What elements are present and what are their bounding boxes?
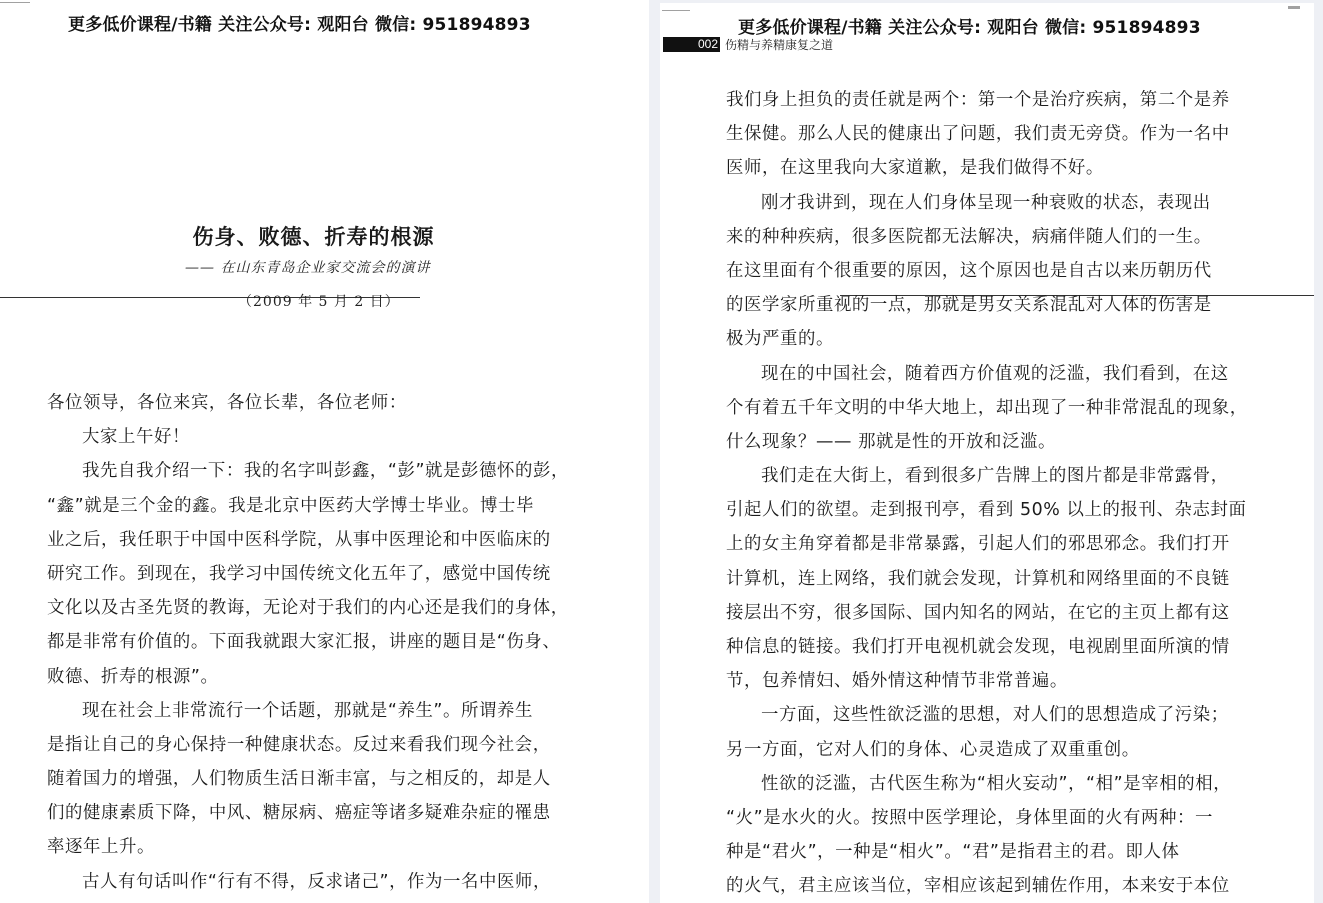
- text-line: 我们走在大街上，看到很多广告牌上的图片都是非常露骨，: [726, 459, 1266, 493]
- scan-artifact: [0, 2, 30, 3]
- text-line: 大家上午好！: [47, 420, 587, 454]
- document-title: 伤身、败德、折寿的根源: [0, 221, 627, 251]
- document-viewer[interactable]: 更多低价课程/书籍 关注公众号: 观阳台 微信: 951894893 伤身、败德…: [0, 0, 1323, 903]
- body-text-right: 我们身上担负的责任就是两个：第一个是治疗疾病，第二个是养生保健。那么人民的健康出…: [726, 83, 1266, 903]
- text-line: 引起人们的欲望。走到报刊亭，看到 50% 以上的报刊、杂志封面: [726, 493, 1266, 527]
- text-line: 性欲的泛滥，古代医生称为“相火妄动”，“相”是宰相的相，: [726, 767, 1266, 801]
- text-line: 医师，在这里我向大家道歉，是我们做得不好。: [726, 151, 1266, 185]
- page-number-badge: 002: [663, 37, 720, 52]
- running-title: 伤精与养精康复之道: [725, 36, 833, 53]
- page-left: 更多低价课程/书籍 关注公众号: 观阳台 微信: 951894893 伤身、败德…: [0, 0, 649, 903]
- text-line: 在这里面有个很重要的原因，这个原因也是自古以来历朝历代: [726, 254, 1266, 288]
- running-header: 002 伤精与养精康复之道: [663, 36, 833, 52]
- text-line: 生保健。那么人民的健康出了问题，我们责无旁贷。作为一名中: [726, 117, 1266, 151]
- text-line: 古人有句话叫作“行有不得，反求诸己”，作为一名中医师，: [47, 865, 587, 899]
- text-line: 率逐年上升。: [47, 830, 587, 864]
- text-line: 们的健康素质下降，中风、糖尿病、癌症等诸多疑难杂症的罹患: [47, 796, 587, 830]
- body-text-left: 各位领导，各位来宾，各位长辈，各位老师：大家上午好！我先自我介绍一下：我的名字叫…: [47, 386, 587, 899]
- text-line: 现在社会上非常流行一个话题，那就是“养生”。所谓养生: [47, 694, 587, 728]
- document-date: （2009 年 5 月 2 日）: [238, 291, 400, 311]
- text-line: 现在的中国社会，随着西方价值观的泛滥，我们看到，在这: [726, 357, 1266, 391]
- watermark-banner: 更多低价课程/书籍 关注公众号: 观阳台 微信: 951894893: [68, 10, 531, 35]
- text-line: 节，包养情妇、婚外情这种情节非常普遍。: [726, 664, 1266, 698]
- text-line: 刚才我讲到，现在人们身体呈现一种衰败的状态，表现出: [726, 186, 1266, 220]
- text-line: 败德、折寿的根源”。: [47, 660, 587, 694]
- text-line: 我先自我介绍一下：我的名字叫彭鑫，“彭”就是彭德怀的彭，: [47, 454, 587, 488]
- text-line: 种是“君火”，一种是“相火”。“君”是指君主的君。即人体: [726, 835, 1266, 869]
- text-line: 一方面，这些性欲泛滥的思想，对人们的思想造成了污染；: [726, 698, 1266, 732]
- text-line: 的火气，君主应该当位，宰相应该起到辅佐作用，本来安于本位: [726, 869, 1266, 903]
- text-line: 种信息的链接。我们打开电视机就会发现，电视剧里面所演的情: [726, 630, 1266, 664]
- text-line: 计算机，连上网络，我们就会发现，计算机和网络里面的不良链: [726, 562, 1266, 596]
- document-subtitle: —— 在山东青岛企业家交流会的演讲: [185, 257, 430, 277]
- text-line: 各位领导，各位来宾，各位长辈，各位老师：: [47, 386, 587, 420]
- watermark-banner: 更多低价课程/书籍 关注公众号: 观阳台 微信: 951894893: [738, 13, 1201, 38]
- text-line: 个有着五千年文明的中华大地上，却出现了一种非常混乱的现象，: [726, 391, 1266, 425]
- text-line: 上的女主角穿着都是非常暴露，引起人们的邪思邪念。我们打开: [726, 527, 1266, 561]
- text-line: 我们身上担负的责任就是两个：第一个是治疗疾病，第二个是养: [726, 83, 1266, 117]
- text-line: “火”是水火的火。按照中医学理论，身体里面的火有两种：一: [726, 801, 1266, 835]
- text-line: 是指让自己的身心保持一种健康状态。反过来看我们现今社会，: [47, 728, 587, 762]
- text-line: 接层出不穷，很多国际、国内知名的网站，在它的主页上都有这: [726, 596, 1266, 630]
- text-line: 都是非常有价值的。下面我就跟大家汇报，讲座的题目是“伤身、: [47, 625, 587, 659]
- page-right: 更多低价课程/书籍 关注公众号: 观阳台 微信: 951894893 002 伤…: [660, 3, 1314, 903]
- text-line: 来的种种疾病，很多医院都无法解决，病痛伴随人们的一生。: [726, 220, 1266, 254]
- text-line: 另一方面，它对人们的身体、心灵造成了双重重创。: [726, 733, 1266, 767]
- text-line: 文化以及古圣先贤的教诲，无论对于我们的内心还是我们的身体，: [47, 591, 587, 625]
- text-line: 什么现象？—— 那就是性的开放和泛滥。: [726, 425, 1266, 459]
- text-line: 的医学家所重视的一点，那就是男女关系混乱对人体的伤害是: [726, 288, 1266, 322]
- scan-artifact: [1288, 6, 1300, 9]
- text-line: 业之后，我任职于中国中医科学院，从事中医理论和中医临床的: [47, 523, 587, 557]
- text-line: “鑫”就是三个金的鑫。我是北京中医药大学博士毕业。博士毕: [47, 489, 587, 523]
- text-line: 随着国力的增强，人们物质生活日渐丰富，与之相反的，却是人: [47, 762, 587, 796]
- text-line: 研究工作。到现在，我学习中国传统文化五年了，感觉中国传统: [47, 557, 587, 591]
- text-line: 极为严重的。: [726, 322, 1266, 356]
- scan-artifact: [662, 10, 690, 11]
